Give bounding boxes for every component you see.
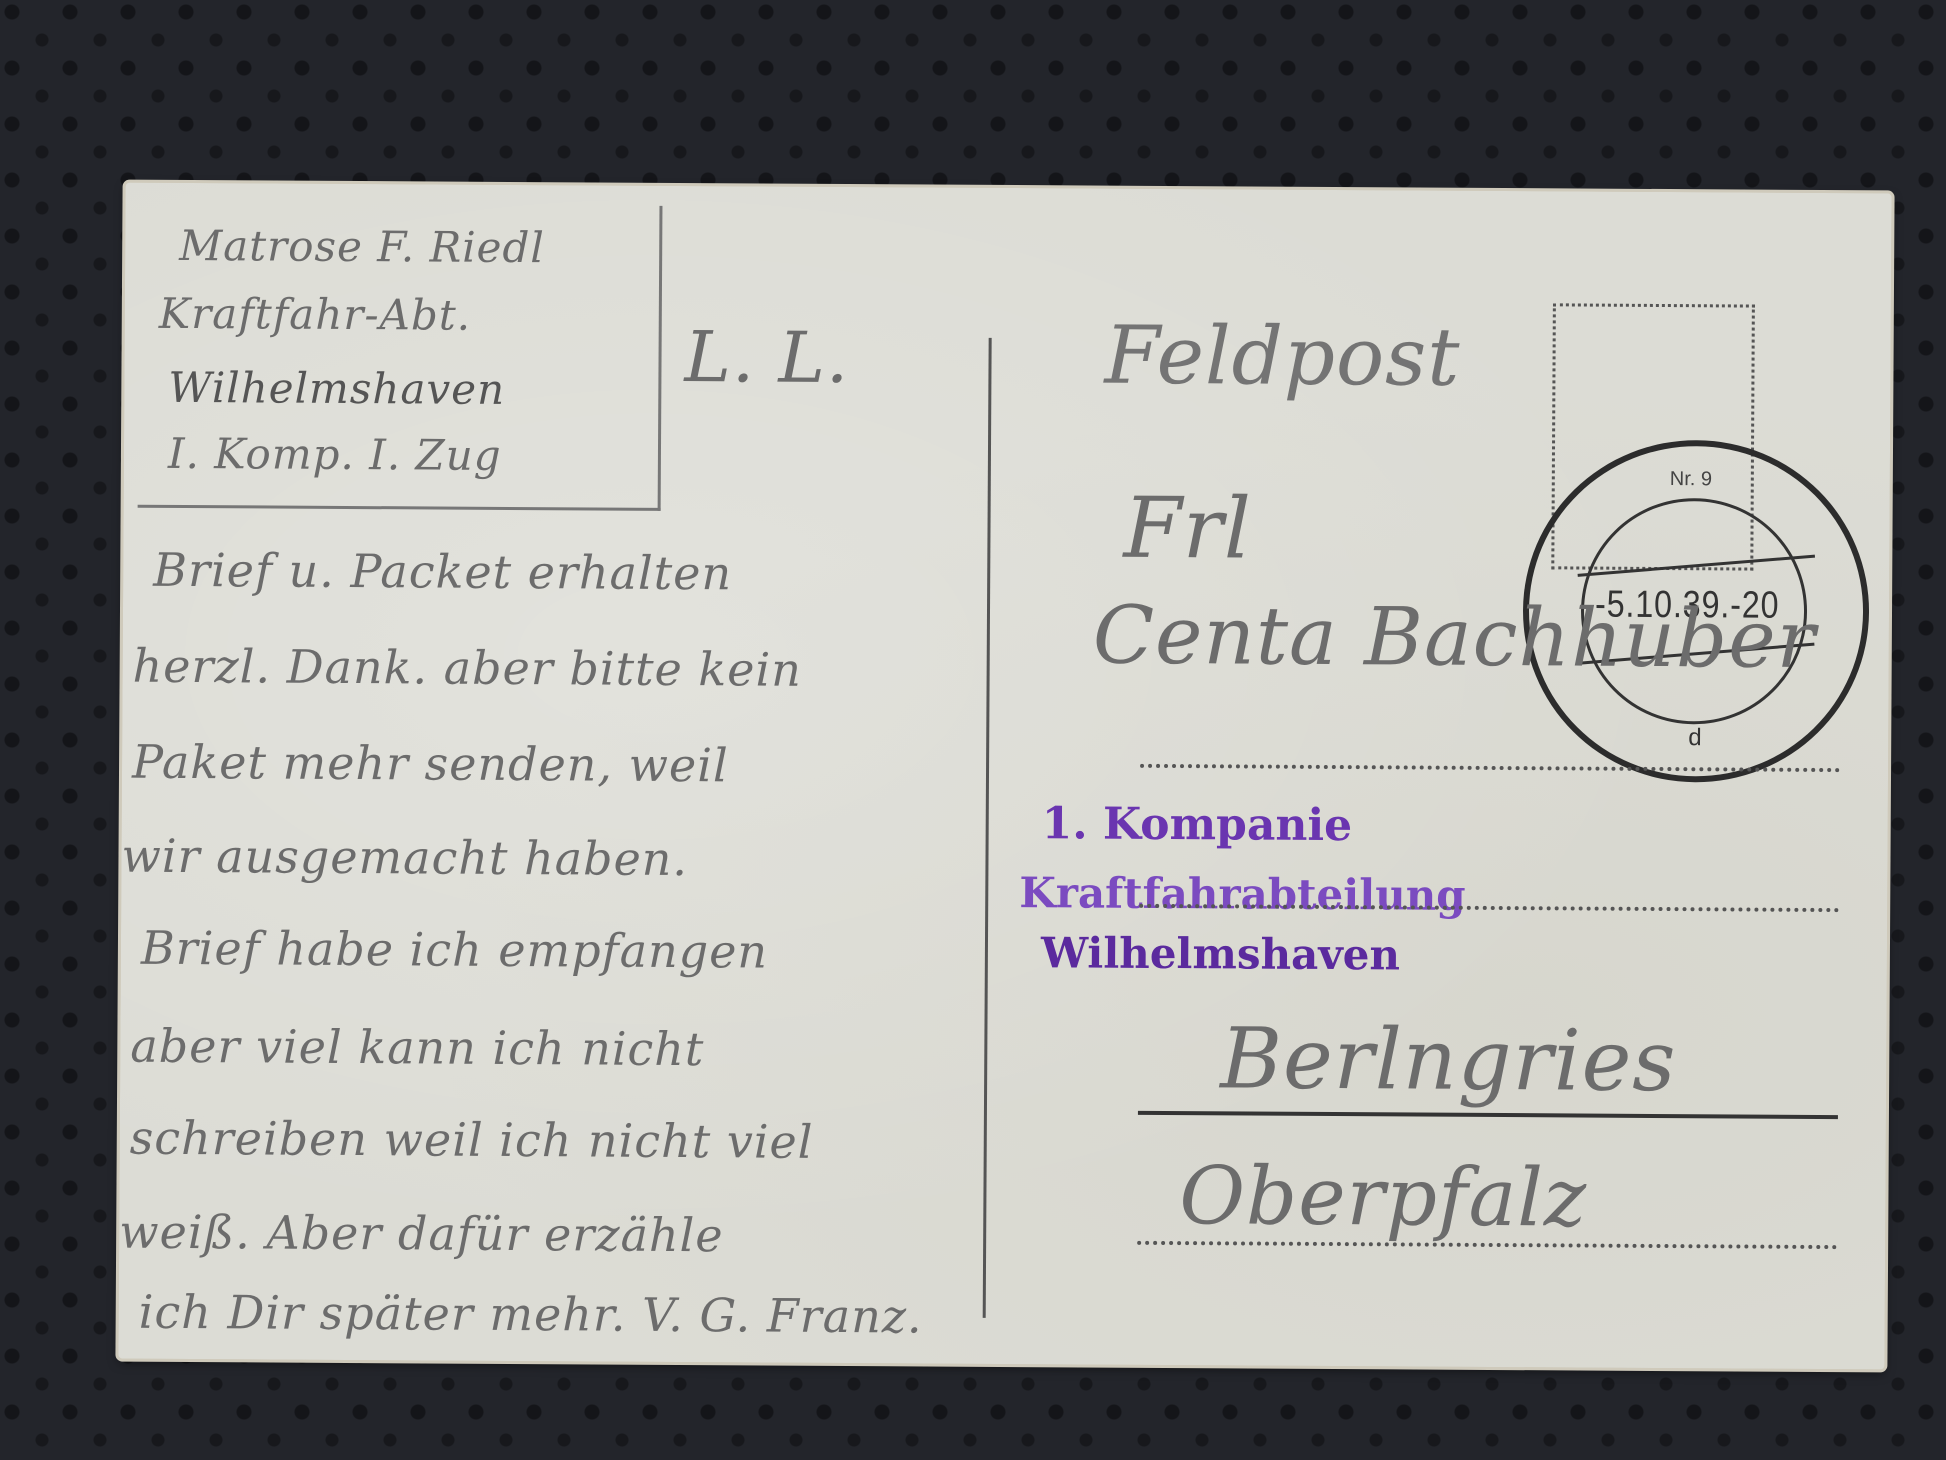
feldpost-mark: Feldpost [1104,309,1460,404]
salutation: L. L. [684,316,849,399]
message-line: herzl. Dank. aber bitte kein [132,639,802,697]
address-line-3 [1138,1111,1838,1119]
sender-line-2: Kraftfahr-Abt. [159,289,472,340]
postmark-number: Nr. 9 [1670,468,1712,491]
center-divider [983,338,992,1318]
sender-address-box: Matrose F. Riedl Kraftfahr-Abt. Wilhelms… [138,203,663,511]
message-line: ich Dir später mehr. V. G. Franz. [139,1285,923,1344]
message-line: Brief u. Packet erhalten [153,543,732,601]
recipient-title: Frl [1123,479,1252,578]
address-line-4 [1137,1241,1837,1249]
message-line: Paket mehr senden, weil [132,735,729,793]
recipient-region: Oberpfalz [1179,1149,1587,1244]
unit-stamp-line-1: 1. Kompanie [1042,798,1353,851]
message-line: Brief habe ich empfangen [141,921,768,979]
message-line: weiß. Aber dafür erzähle [119,1205,724,1263]
sender-line-3: Wilhelmshaven [168,363,505,414]
postmark-letter: d [1688,724,1702,752]
unit-stamp-line-3: Wilhelmshaven [1041,928,1400,979]
sender-line-4: I. Komp. I. Zug [168,429,502,480]
unit-stamp-line-2: Kraftfahrabteilung [1019,868,1466,920]
message-line: aber viel kann ich nicht [130,1019,704,1077]
message-line: schreiben weil ich nicht viel [130,1111,814,1169]
message-line: wir ausgemacht haben. [121,829,688,886]
sender-line-1: Matrose F. Riedl [179,221,545,272]
recipient-town: Berlngries [1220,1009,1677,1110]
postcard: Matrose F. Riedl Kraftfahr-Abt. Wilhelms… [118,183,1891,1370]
recipient-name: Centa Bachhuber [1093,589,1817,686]
